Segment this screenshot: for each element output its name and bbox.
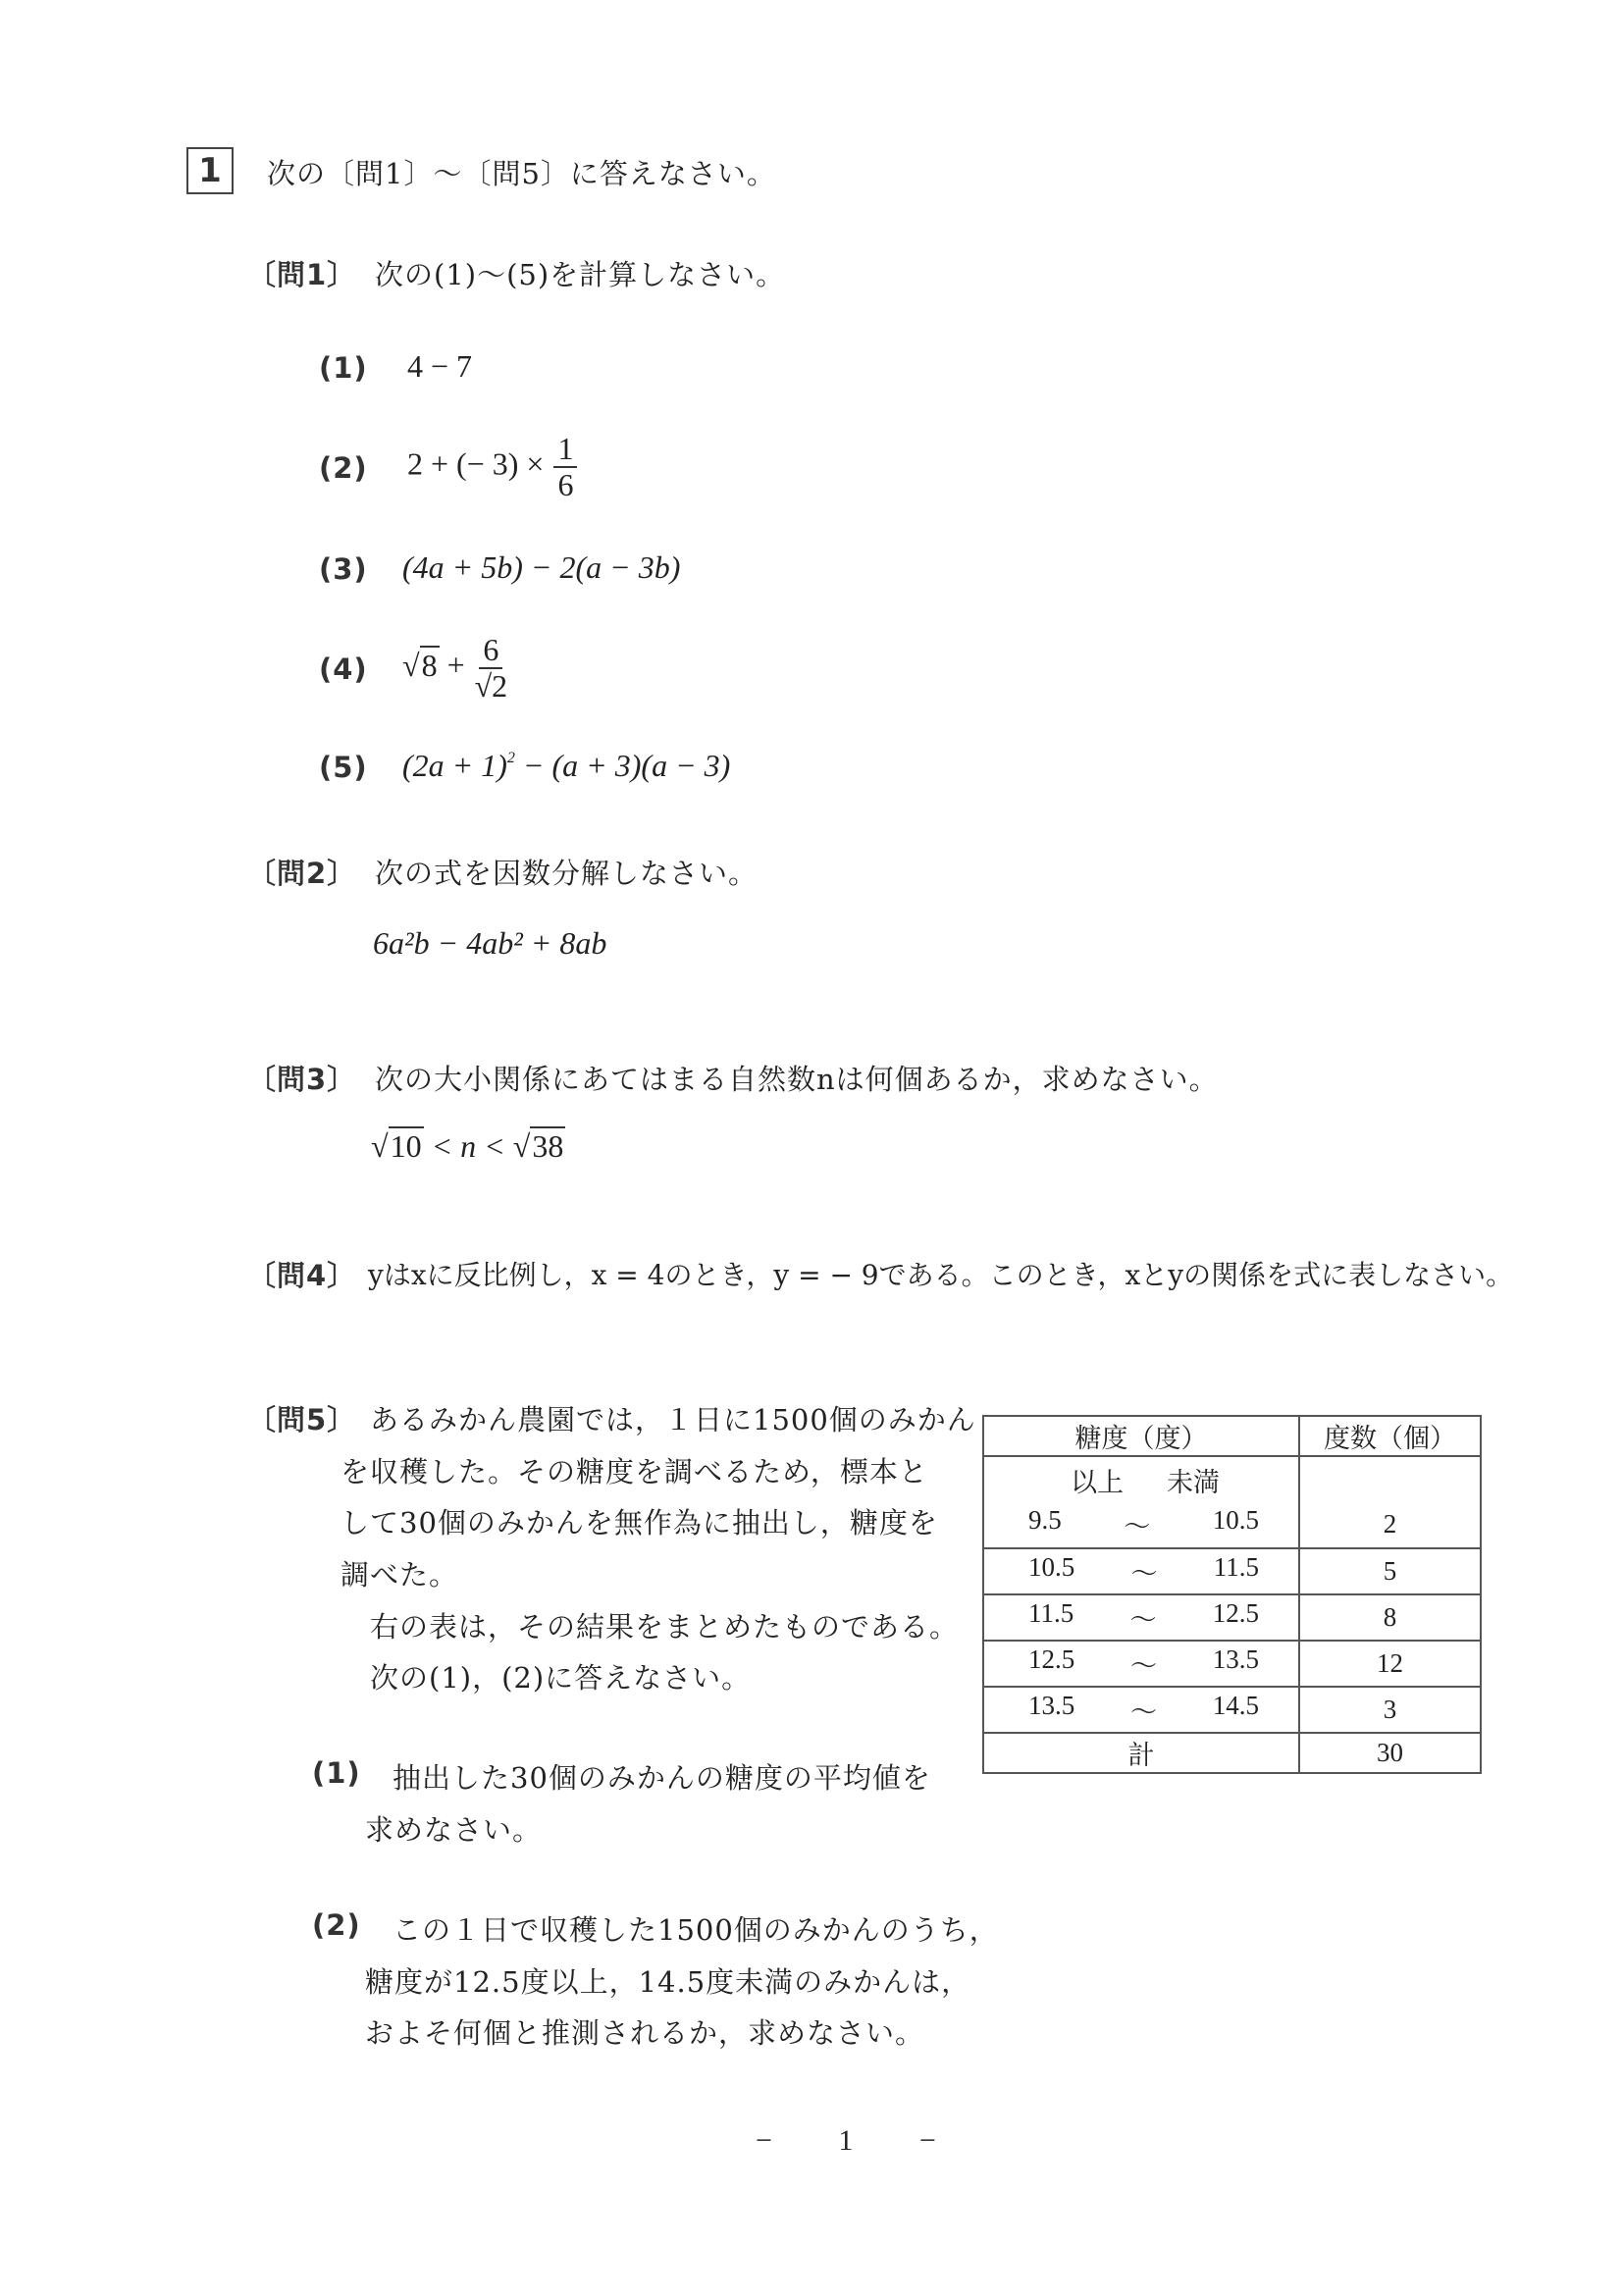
table-row: 10.5～11.5 5	[983, 1548, 1481, 1594]
q1-item3-expr: (4a + 5b) − 2(a − 3b)	[402, 549, 680, 586]
page-number: − 1 −	[756, 2124, 966, 2158]
q1-item1-label: (1)	[319, 351, 368, 385]
q5-sub2-line-1: この１日で収穫した1500個のみかんのうち，	[393, 1908, 999, 1949]
q2-instruction: 次の式を因数分解しなさい。	[375, 852, 758, 892]
q1-instruction: 次の(1)～(5)を計算しなさい。	[375, 253, 785, 293]
q1-item5-expr: (2a + 1)2 − (a + 3)(a − 3)	[402, 748, 730, 784]
table-row: 12.5～13.5 12	[983, 1641, 1481, 1687]
q3-label: 〔問3〕	[247, 1058, 356, 1098]
section-instruction: 次の〔問1〕～〔問5〕に答えなさい。	[267, 152, 776, 192]
q4-label: 〔問4〕	[247, 1254, 356, 1294]
frequency-table: 糖度（度） 度数（個） 以上未満 9.5～10.5 2 10.5～11.5 5 …	[982, 1415, 1482, 1774]
q5-sub1-label: (1)	[312, 1756, 361, 1790]
q3-instruction: 次の大小関係にあてはまる自然数nは何個あるか，求めなさい。	[375, 1058, 1219, 1098]
q5-line-1: あるみかん農園では，１日に1500個のみかん	[370, 1398, 976, 1438]
q3-inequality: √10 < n < √38	[371, 1128, 565, 1165]
fraction: 16	[553, 432, 577, 502]
q2-expr: 6a²b − 4ab² + 8ab	[373, 925, 606, 962]
q5-line-2: を収穫した。その糖度を調べるため，標本と	[340, 1450, 928, 1490]
header-frequency: 度数（個）	[1299, 1416, 1481, 1456]
q5-label: 〔問5〕	[247, 1398, 356, 1438]
q5-sub1-line-1: 抽出した30個のみかんの糖度の平均値を	[393, 1756, 931, 1797]
q1-item1-expr: 4 − 7	[407, 348, 472, 385]
section-number-box: 1	[186, 147, 234, 194]
table-total-row: 計 30	[983, 1733, 1481, 1773]
fraction: 6√2	[475, 633, 508, 704]
q1-item5-label: (5)	[319, 751, 368, 784]
q5-line-6: 次の(1)，(2)に答えなさい。	[370, 1656, 751, 1696]
q5-sub2-label: (2)	[312, 1908, 361, 1942]
q5-line-4: 調べた。	[340, 1553, 458, 1593]
table-header-row: 糖度（度） 度数（個）	[983, 1416, 1481, 1456]
q1-item3-label: (3)	[319, 552, 368, 586]
q5-sub2-line-2: 糖度が12.5度以上，14.5度未満のみかんは，	[365, 1960, 970, 2001]
q1-item4-expr: √8 + 6√2	[402, 633, 509, 704]
q1-item2-label: (2)	[319, 451, 368, 485]
q2-label: 〔問2〕	[247, 852, 356, 892]
q5-sub2-line-3: およそ何個と推測されるか，求めなさい。	[365, 2011, 924, 2052]
q4-text: yはxに反比例し，x = 4のとき，y = − 9である。このとき，xとyの関係…	[368, 1254, 1513, 1293]
q5-sub1-line-2: 求めなさい。	[365, 1808, 542, 1849]
q5-line-5: 右の表は，その結果をまとめたものである。	[370, 1605, 959, 1645]
table-row: 13.5～14.5 3	[983, 1687, 1481, 1733]
table-row: 以上未満 9.5～10.5 2	[983, 1456, 1481, 1548]
q5-line-3: して30個のみかんを無作為に抽出し，糖度を	[340, 1501, 938, 1541]
table-row: 11.5～12.5 8	[983, 1594, 1481, 1641]
q1-label: 〔問1〕	[247, 253, 356, 293]
q1-item4-label: (4)	[319, 652, 368, 686]
q1-item2-expr: 2 + (− 3) × 16	[407, 432, 579, 502]
header-sugar-content: 糖度（度）	[983, 1416, 1299, 1456]
